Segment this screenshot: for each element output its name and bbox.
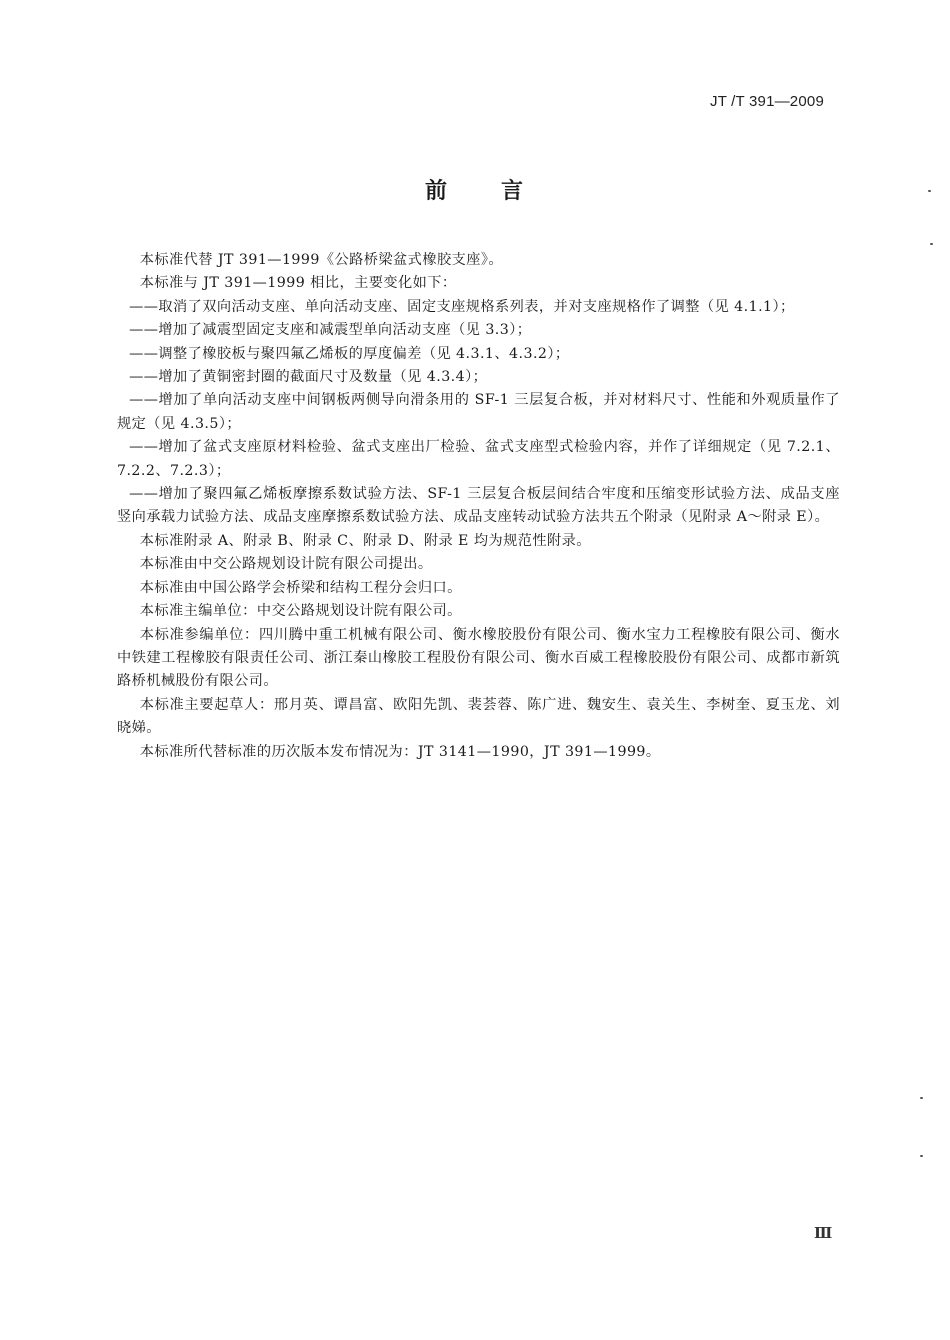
paragraph-drafters: 本标准主要起草人：邢月英、谭昌富、欧阳先凯、裴荟蓉、陈广进、魏安生、袁关生、李树… (117, 694, 840, 741)
scan-speck (928, 190, 931, 192)
scan-speck (920, 1097, 923, 1099)
foreword-body: 本标准代替 JT 391—1999《公路桥梁盆式橡胶支座》。 本标准与 JT 3… (117, 249, 840, 764)
change-item: ——调整了橡胶板与聚四氟乙烯板的厚度偏差（见 4.3.1、4.3.2）； (117, 343, 840, 366)
paragraph-history: 本标准所代替标准的历次版本发布情况为：JT 3141—1990，JT 391—1… (117, 741, 840, 764)
page-title: 前言 (0, 174, 950, 205)
change-item: ——增加了盆式支座原材料检验、盆式支座出厂检验、盆式支座型式检验内容，并作了详细… (117, 436, 840, 483)
paragraph-proposer: 本标准由中交公路规划设计院有限公司提出。 (117, 553, 840, 576)
change-item: ——增加了减震型固定支座和减震型单向活动支座（见 3.3）； (117, 319, 840, 342)
page-number: Ⅲ (814, 1224, 832, 1242)
scan-speck (920, 1155, 923, 1157)
paragraph-participants: 本标准参编单位：四川腾中重工机械有限公司、衡水橡胶股份有限公司、衡水宝力工程橡胶… (117, 624, 840, 694)
change-item: ——增加了聚四氟乙烯板摩擦系数试验方法、SF-1 三层复合板层间结合牢度和压缩变… (117, 483, 840, 530)
title-char-2: 言 (501, 174, 525, 205)
paragraph-changes-intro: 本标准与 JT 391—1999 相比，主要变化如下： (117, 272, 840, 295)
standard-code: JT /T 391—2009 (710, 93, 824, 110)
paragraph-appendices: 本标准附录 A、附录 B、附录 C、附录 D、附录 E 均为规范性附录。 (117, 530, 840, 553)
change-item: ——取消了双向活动支座、单向活动支座、固定支座规格系列表，并对支座规格作了调整（… (117, 296, 840, 319)
scan-speck (930, 243, 933, 245)
title-char-1: 前 (425, 174, 449, 205)
paragraph-administrator: 本标准由中国公路学会桥梁和结构工程分会归口。 (117, 577, 840, 600)
paragraph-replaces: 本标准代替 JT 391—1999《公路桥梁盆式橡胶支座》。 (117, 249, 840, 272)
paragraph-chief-editor: 本标准主编单位：中交公路规划设计院有限公司。 (117, 600, 840, 623)
change-item: ——增加了黄铜密封圈的截面尺寸及数量（见 4.3.4）； (117, 366, 840, 389)
change-item: ——增加了单向活动支座中间钢板两侧导向滑条用的 SF-1 三层复合板，并对材料尺… (117, 389, 840, 436)
